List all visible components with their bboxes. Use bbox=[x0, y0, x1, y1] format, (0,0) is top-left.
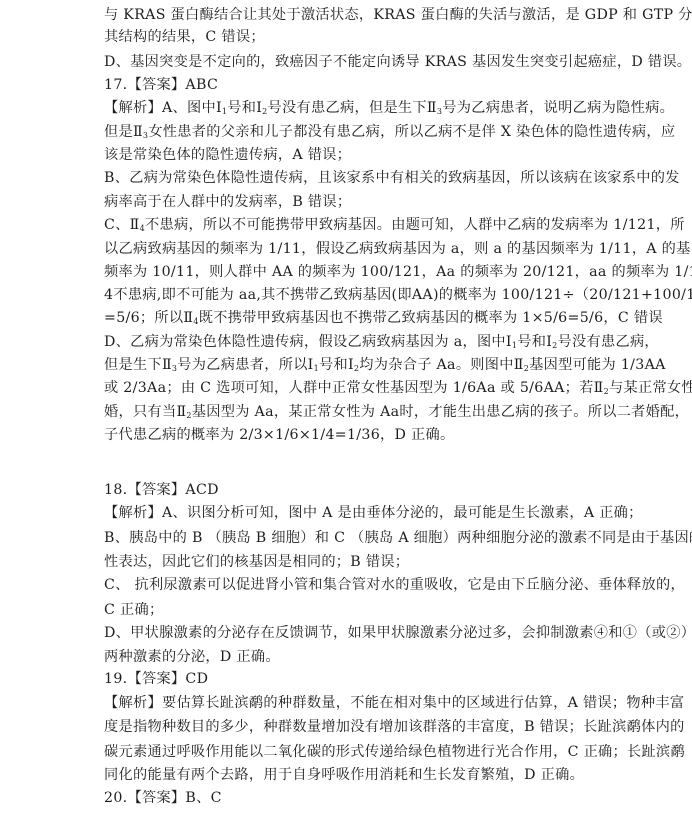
text-line: 与 KRAS 蛋白酶结合让其处于激活状态，KRAS 蛋白酶的失活与激活，是 GD… bbox=[104, 5, 604, 25]
text-line: =5/6；所以Ⅱ4既不携带甲致病基因也不携带乙致病基因的概率为 1×5/6=5/… bbox=[104, 308, 604, 328]
text-line: 碳元素通过呼吸作用能以二氧化碳的形式传递给绿色植物进行光合作用，C 正确；长趾滨… bbox=[104, 742, 604, 762]
text-line: 其结构的结果，C 错误； bbox=[104, 27, 604, 47]
text-line: 两种激素的分泌，D 正确。 bbox=[104, 647, 604, 667]
text-line: D、甲状腺激素的分泌存在反馈调节，如果甲状腺激素分泌过多，会抑制激素④和①（或②… bbox=[104, 623, 604, 643]
text-line: B、乙病为常染色体隐性遗传病，且该家系中有相关的致病基因，所以该病在该家系中的发 bbox=[104, 168, 604, 188]
text-line: B、胰岛中的 B （胰岛 B 细胞）和 C （胰岛 A 细胞）两种细胞分泌的激素… bbox=[104, 528, 604, 548]
text-line: 频率为 10/11，则人群中 AA 的频率为 100/121，Aa 的频率为 2… bbox=[104, 262, 604, 282]
text-line: 但是Ⅱ3女性患者的父亲和儿子都没有患乙病，所以乙病不是伴 X 染色体的隐性遗传病… bbox=[104, 122, 604, 142]
text-line: C、 抗利尿激素可以促进肾小管和集合管对水的重吸收，它是由下丘脑分泌、垂体释放的… bbox=[104, 575, 604, 595]
answer-heading: 20.【答案】B、C bbox=[104, 788, 604, 808]
text-line: D、基因突变是不定向的，致癌因子不能定向诱导 KRAS 基因发生突变引起癌症，D… bbox=[104, 52, 604, 72]
answer-heading: 17.【答案】ABC bbox=[104, 75, 604, 95]
text-line: 度是指物种数目的多少，种群数量增加没有增加该群落的丰富度，B 错误；长趾滨鹬体内… bbox=[104, 717, 604, 737]
text-line: 子代患乙病的概率为 2/3×1/6×1/4=1/36，D 正确。 bbox=[104, 425, 604, 445]
text-line: C、Ⅱ4不患病，所以不可能携带甲致病基因。由题可知，人群中乙病的发病率为 1/1… bbox=[104, 215, 604, 235]
text-line: 【解析】要估算长趾滨鹬的种群数量，不能在相对集中的区域进行估算，A 错误；物种丰… bbox=[104, 693, 604, 713]
text-line: C 正确； bbox=[104, 600, 604, 620]
answer-heading: 18.【答案】ACD bbox=[104, 480, 604, 500]
text-line: 同化的能量有两个去路，用于自身呼吸作用消耗和生长发育繁殖，D 正确。 bbox=[104, 765, 604, 785]
text-line: D、乙病为常染色体隐性遗传病，假设乙病致病基因为 a，图中Ⅰ1号和Ⅰ2号没有患乙… bbox=[104, 332, 604, 352]
text-line: 4不患病,即不可能为 aa,其不携带乙致病基因(即AA)的概率为 100/121… bbox=[104, 285, 604, 305]
text-line: 病率高于在人群中的发病率，B 错误； bbox=[104, 192, 604, 212]
text-line: 性表达，因此它们的核基因是相同的；B 错误； bbox=[104, 552, 604, 572]
text-line: 婚，只有当Ⅱ2基因型为 Aa，某正常女性为 Aa时，才能生出患乙病的孩子。所以二… bbox=[104, 402, 604, 422]
text-line: 但是生下Ⅱ3号为乙病患者，所以Ⅰ1号和Ⅰ2均为杂合子 Aa。则图中Ⅱ2基因型可能… bbox=[104, 355, 604, 375]
text-line: 该是常染色体的隐性遗传病，A 错误； bbox=[104, 145, 604, 165]
answer-heading: 19.【答案】CD bbox=[104, 669, 604, 689]
text-line: 【解析】A、识图分析可知，图中 A 是由垂体分泌的，最可能是生长激素，A 正确； bbox=[104, 503, 604, 523]
text-line: 【解析】A、图中Ⅰ1号和Ⅰ2号没有患乙病，但是生下Ⅱ3号为乙病患者，说明乙病为隐… bbox=[104, 98, 604, 118]
text-line: 或 2/3Aa；由 C 选项可知，人群中正常女性基因型为 1/6Aa 或 5/6… bbox=[104, 378, 604, 398]
text-line: 以乙病致病基因的频率为 1/11，假设乙病致病基因为 a，则 a 的基因频率为 … bbox=[104, 239, 604, 259]
